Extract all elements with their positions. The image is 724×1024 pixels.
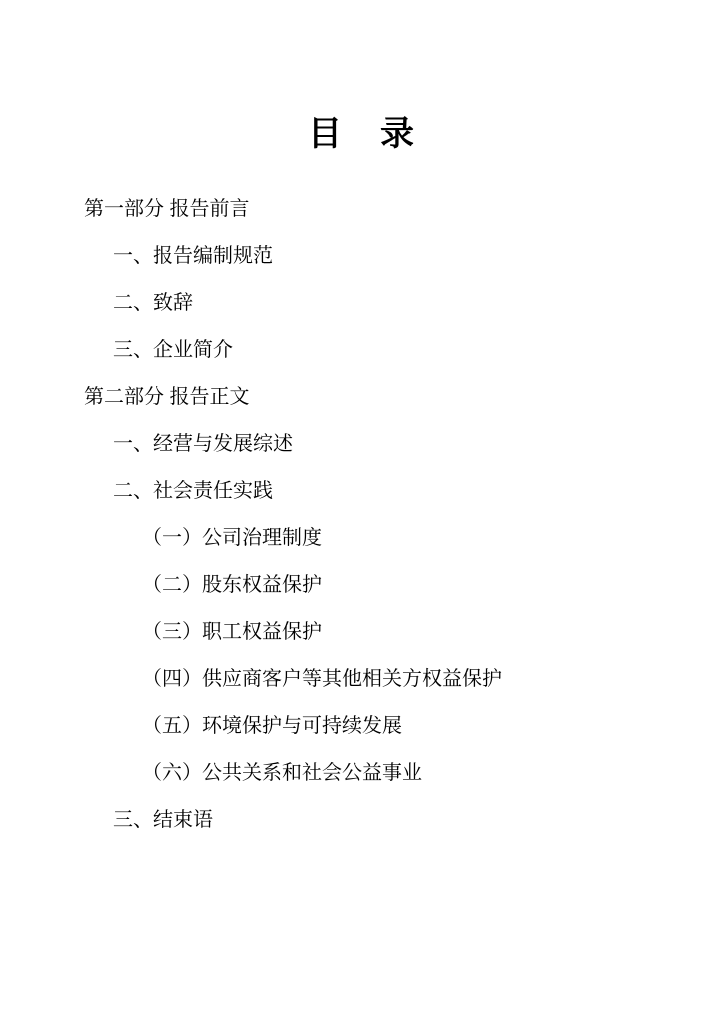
page-title: 目 录 [0, 0, 724, 156]
toc-entry: 第一部分 报告前言 [84, 186, 724, 233]
toc-entry: 二、社会责任实践 [113, 468, 724, 515]
document-page: 目 录 第一部分 报告前言一、报告编制规范二、致辞三、企业简介第二部分 报告正文… [0, 0, 724, 1024]
toc-entry: 三、企业简介 [113, 327, 724, 374]
toc-entry: （五）环境保护与可持续发展 [142, 703, 724, 750]
toc-entry: （一）公司治理制度 [142, 515, 724, 562]
toc-entry: （三）职工权益保护 [142, 609, 724, 656]
toc-entry: （二）股东权益保护 [142, 562, 724, 609]
toc-entry: （六）公共关系和社会公益事业 [142, 750, 724, 797]
toc-entry: 一、报告编制规范 [113, 233, 724, 280]
table-of-contents: 第一部分 报告前言一、报告编制规范二、致辞三、企业简介第二部分 报告正文一、经营… [0, 186, 724, 844]
toc-entry: 三、结束语 [113, 797, 724, 844]
toc-entry: 二、致辞 [113, 280, 724, 327]
toc-entry: 一、经营与发展综述 [113, 421, 724, 468]
toc-entry: 第二部分 报告正文 [84, 374, 724, 421]
toc-entry: （四）供应商客户等其他相关方权益保护 [142, 656, 724, 703]
